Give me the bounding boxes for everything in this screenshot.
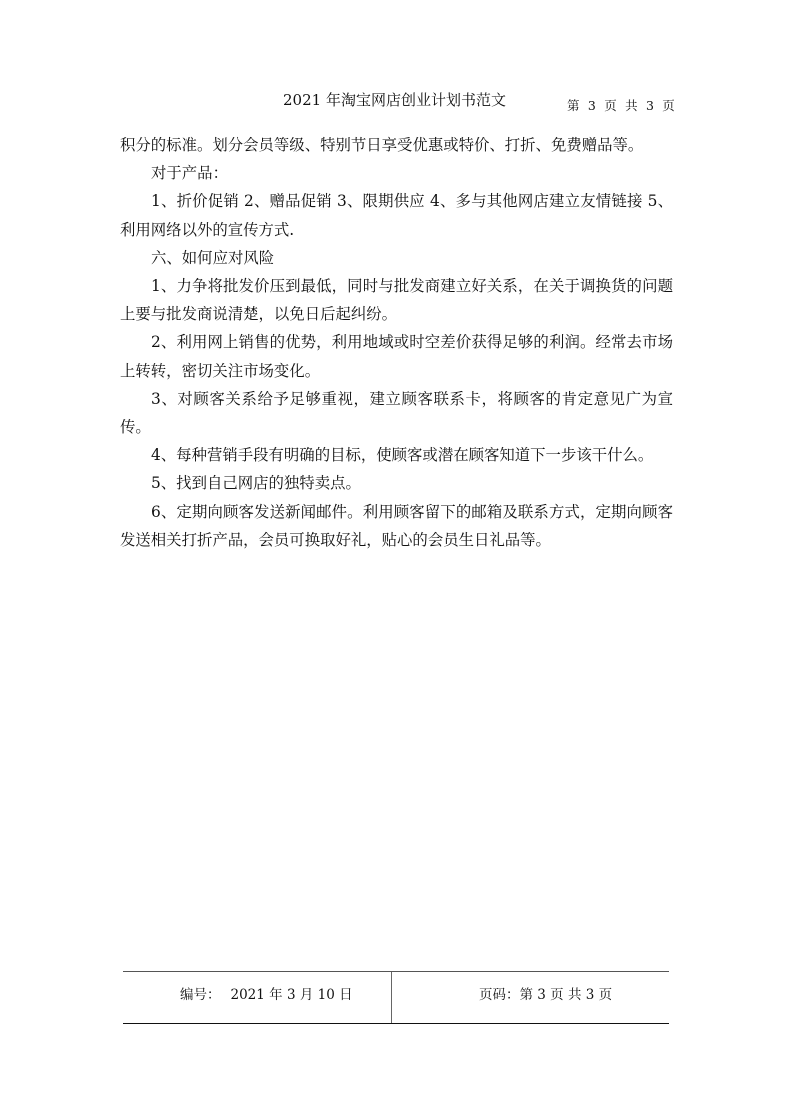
footer-page-cell: 页码：第 3 页 共 3 页 bbox=[392, 972, 669, 1023]
footer-page-label: 页码：第 3 页 共 3 页 bbox=[479, 983, 612, 1003]
paragraph-product-promotions: 1、折价促销 2、赠品促销 3、限期供应 4、多与其他网店建立友情链接 5、利用… bbox=[120, 187, 673, 243]
document-header-title: 2021 年淘宝网店创业计划书范文 bbox=[283, 90, 506, 110]
paragraph-risk-item-4: 4、每种营销手段有明确的目标，使顾客或潜在顾客知道下一步该干什么。 bbox=[120, 441, 673, 469]
paragraph-risk-item-3: 3、对顾客关系给予足够重视，建立顾客联系卡，将顾客的肯定意见广为宣传。 bbox=[120, 385, 673, 441]
paragraph-risk-item-2: 2、利用网上销售的优势，利用地域或时空差价获得足够的利润。经常去市场上转转，密切… bbox=[120, 328, 673, 384]
paragraph-risk-item-1: 1、力争将批发价压到最低，同时与批发商建立好关系，在关于调换货的问题上要与批发商… bbox=[120, 272, 673, 328]
footer-number-value: 2021 年 3 月 10 日 bbox=[231, 987, 353, 1003]
document-page: 2021 年淘宝网店创业计划书范文 第 3 页 共 3 页 积分的标准。划分会员… bbox=[0, 0, 792, 1120]
paragraph-risk-item-6: 6、定期向顾客发送新闻邮件。利用顾客留下的邮箱及联系方式，定期向顾客发送相关打折… bbox=[120, 498, 673, 554]
paragraph-member-standards: 积分的标准。划分会员等级、特别节日享受优惠或特价、打折、免费赠品等。 bbox=[120, 131, 673, 159]
footer-number-label: 编号： bbox=[180, 987, 221, 1003]
section-heading-risk: 六、如何应对风险 bbox=[120, 244, 673, 272]
paragraph-risk-item-5: 5、找到自己网店的独特卖点。 bbox=[120, 469, 673, 497]
paragraph-products-heading: 对于产品： bbox=[120, 159, 673, 187]
footer-number-cell: 编号：2021 年 3 月 10 日 bbox=[123, 972, 392, 1023]
footer-table: 编号：2021 年 3 月 10 日 页码：第 3 页 共 3 页 bbox=[123, 971, 669, 1024]
header-page-indicator: 第 3 页 共 3 页 bbox=[567, 97, 677, 115]
document-body: 积分的标准。划分会员等级、特别节日享受优惠或特价、打折、免费赠品等。 对于产品：… bbox=[120, 131, 673, 554]
footer-number: 编号：2021 年 3 月 10 日 bbox=[180, 983, 353, 1003]
